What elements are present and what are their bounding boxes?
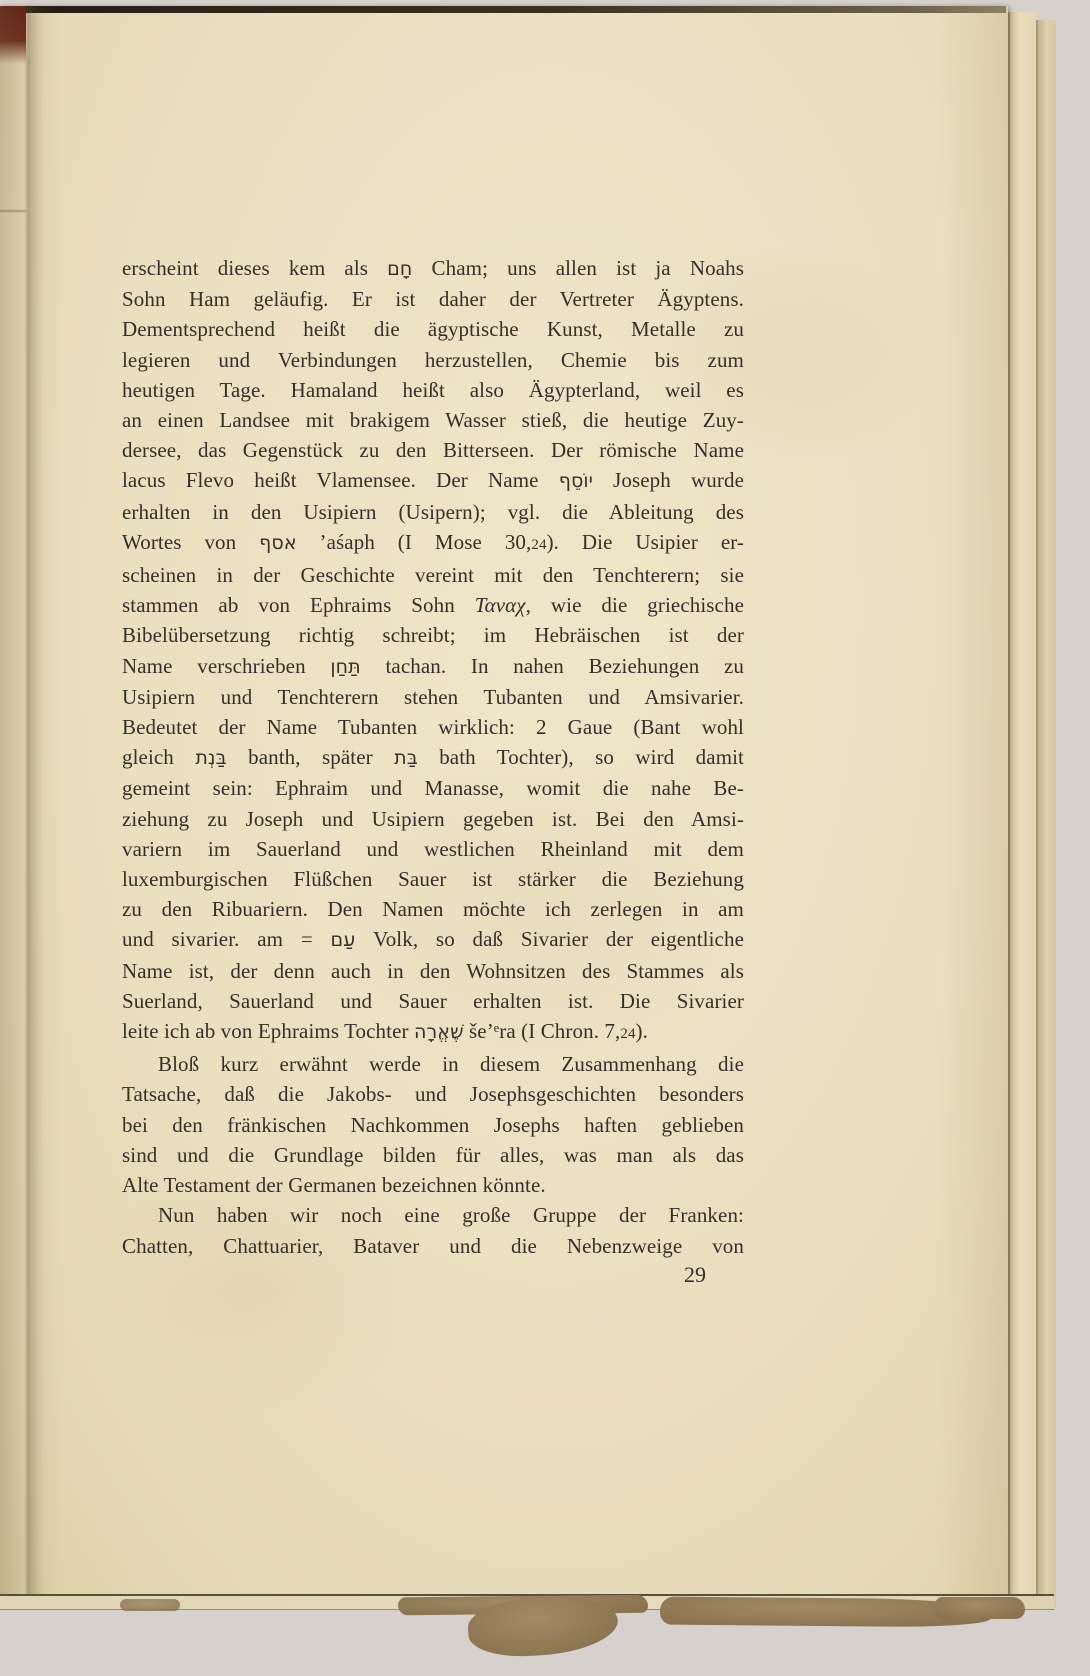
- hebrew-word: בַּת: [394, 747, 418, 769]
- text-line: dersee, das Gegenstück zu den Bitterseen…: [122, 435, 744, 465]
- text-segment: gemeint sein: Ephraim und Manasse, womit…: [122, 776, 744, 800]
- page-stack-edge: [1008, 12, 1038, 1608]
- text-line: Name ist, der denn auch in den Wohnsitze…: [122, 956, 744, 986]
- text-line: an einen Landsee mit brakigem Wasser sti…: [122, 405, 744, 435]
- text-line: Dementsprechend heißt die ägyptische Kun…: [122, 314, 744, 344]
- text-segment: tachan. In nahen Beziehungen zu: [361, 654, 744, 678]
- text-line: leite ich ab von Ephraims Tochter שֶׁאֱר…: [122, 1016, 744, 1049]
- text-segment: bath Tochter), so wird damit: [418, 745, 744, 769]
- text-line: zu den Ribuariern. Den Namen möchte ich …: [122, 894, 744, 924]
- text-line: Name verschrieben תַּחַן tachan. In nahe…: [122, 651, 744, 682]
- text-segment: gleich: [122, 745, 195, 769]
- text-segment: Suerland, Sauerland und Sauer erhalten i…: [122, 989, 744, 1013]
- text-segment: stammen ab von Ephraims Sohn: [122, 593, 475, 617]
- hebrew-word: אסף: [259, 532, 296, 554]
- binding-top-edge: [0, 6, 1006, 13]
- text-segment: und sivarier. am =: [122, 927, 331, 951]
- text-line: Bedeutet der Name Tubanten wirklich: 2 G…: [122, 712, 744, 742]
- book-page: erscheint dieses kem als חָם Cham; uns a…: [0, 6, 1008, 1594]
- hebrew-word: יוֹסֵף: [559, 470, 593, 492]
- text-segment: Bibelübersetzung richtig schreibt; im He…: [122, 623, 744, 647]
- text-segment: Name ist, der denn auch in den Wohnsitze…: [122, 959, 744, 983]
- page-stack-edge: [1036, 20, 1056, 1608]
- text-line: lacus Flevo heißt Vlamensee. Der Name יו…: [122, 465, 744, 496]
- text-segment: erhalten in den Usipiern (Usipern); vgl.…: [122, 500, 744, 524]
- text-segment: zu den Ribuariern. Den Namen möchte ich …: [122, 897, 744, 921]
- text-line: Usipiern und Tenchterern stehen Tubanten…: [122, 682, 744, 712]
- text-segment: bei den fränkischen Nachkommen Josephs h…: [122, 1113, 744, 1137]
- small-digits: 24: [620, 1026, 635, 1042]
- page-text: erscheint dieses kem als חָם Cham; uns a…: [122, 253, 744, 1261]
- text-segment: Alte Testament der Germanen bezeichnen k…: [122, 1173, 546, 1197]
- text-line: Tatsache, daß die Jakobs- und Josephsges…: [122, 1079, 744, 1109]
- text-segment: še’ᵉra (I Chron. 7,: [464, 1019, 621, 1043]
- text-line: Alte Testament der Germanen bezeichnen k…: [122, 1170, 744, 1200]
- text-segment: Tatsache, daß die Jakobs- und Josephsges…: [122, 1082, 744, 1106]
- greek-word: Ταναχ: [475, 593, 526, 617]
- text-segment: Chatten, Chattuarier, Bataver und die Ne…: [122, 1234, 744, 1258]
- text-segment: Joseph wurde: [593, 468, 744, 492]
- text-segment: Nun haben wir noch eine große Gruppe der…: [158, 1203, 744, 1227]
- text-segment: legieren und Verbindungen herzustellen, …: [122, 348, 744, 372]
- text-segment: Dementsprechend heißt die ägyptische Kun…: [122, 317, 744, 341]
- text-line: scheinen in der Geschichte vereint mit d…: [122, 560, 744, 590]
- text-line: gleich בַּנְת banth, später בַּת bath To…: [122, 742, 744, 773]
- text-line: Bloß kurz erwähnt werde in diesem Zusamm…: [122, 1049, 744, 1079]
- text-segment: an einen Landsee mit brakigem Wasser sti…: [122, 408, 744, 432]
- text-line: bei den fränkischen Nachkommen Josephs h…: [122, 1110, 744, 1140]
- text-segment: Bloß kurz erwähnt werde in diesem Zusamm…: [158, 1052, 744, 1076]
- hebrew-word: תַּחַן: [330, 656, 360, 678]
- text-segment: Usipiern und Tenchterern stehen Tubanten…: [122, 685, 744, 709]
- cardboard-scrap: [120, 1599, 180, 1611]
- scanned-book-page: erscheint dieses kem als חָם Cham; uns a…: [0, 0, 1090, 1676]
- text-line: legieren und Verbindungen herzustellen, …: [122, 345, 744, 375]
- hebrew-word: עַם: [331, 929, 356, 951]
- text-segment: scheinen in der Geschichte vereint mit d…: [122, 563, 744, 587]
- text-line: erscheint dieses kem als חָם Cham; uns a…: [122, 253, 744, 284]
- text-line: luxemburgischen Flüßchen Sauer ist stärk…: [122, 864, 744, 894]
- text-segment: ’aśaph (I Mose 30,: [297, 530, 532, 554]
- text-segment: , wie die griechische: [526, 593, 744, 617]
- text-segment: Volk, so daß Sivarier der eigentliche: [355, 927, 744, 951]
- text-line: gemeint sein: Ephraim und Manasse, womit…: [122, 773, 744, 803]
- text-segment: ).: [636, 1019, 648, 1043]
- page-edge-shadow: [938, 6, 1008, 1594]
- text-segment: luxemburgischen Flüßchen Sauer ist stärk…: [122, 867, 744, 891]
- text-segment: sind und die Grundlage bilden für alles,…: [122, 1143, 744, 1167]
- fold-crease: [27, 6, 29, 1594]
- text-segment: erscheint dieses kem als: [122, 256, 387, 280]
- text-line: heutigen Tage. Hamaland heißt also Ägypt…: [122, 375, 744, 405]
- text-segment: Bedeutet der Name Tubanten wirklich: 2 G…: [122, 715, 744, 739]
- text-line: Nun haben wir noch eine große Gruppe der…: [122, 1200, 744, 1230]
- cardboard-scrap: [935, 1597, 1025, 1619]
- text-line: Sohn Ham geläufig. Er ist daher der Vert…: [122, 284, 744, 314]
- text-segment: banth, später: [227, 745, 394, 769]
- text-segment: variern im Sauerland und westlichen Rhei…: [122, 837, 744, 861]
- small-digits: 24: [531, 537, 546, 553]
- text-segment: lacus Flevo heißt Vlamensee. Der Name: [122, 468, 559, 492]
- text-segment: heutigen Tage. Hamaland heißt also Ägypt…: [122, 378, 744, 402]
- hebrew-word: שֶׁאֱרָה: [414, 1021, 464, 1043]
- text-segment: Sohn Ham geläufig. Er ist daher der Vert…: [122, 287, 744, 311]
- text-segment: ). Die Usipier er-: [547, 530, 744, 554]
- text-line: stammen ab von Ephraims Sohn Ταναχ, wie …: [122, 590, 744, 620]
- text-segment: Wortes von: [122, 530, 259, 554]
- text-line: Suerland, Sauerland und Sauer erhalten i…: [122, 986, 744, 1016]
- text-segment: ziehung zu Joseph und Usipiern gegeben i…: [122, 807, 744, 831]
- page-number: 29: [560, 1262, 706, 1288]
- text-segment: dersee, das Gegenstück zu den Bitterseen…: [122, 438, 744, 462]
- hebrew-word: בַּנְת: [195, 747, 226, 769]
- text-line: ziehung zu Joseph und Usipiern gegeben i…: [122, 804, 744, 834]
- text-line: variern im Sauerland und westlichen Rhei…: [122, 834, 744, 864]
- text-line: Chatten, Chattuarier, Bataver und die Ne…: [122, 1231, 744, 1261]
- hebrew-word: חָם: [387, 258, 412, 280]
- text-line: erhalten in den Usipiern (Usipern); vgl.…: [122, 497, 744, 527]
- text-segment: leite ich ab von Ephraims Tochter: [122, 1019, 414, 1043]
- text-line: Wortes von אסף ’aśaph (I Mose 30,24). Di…: [122, 527, 744, 560]
- text-line: und sivarier. am = עַם Volk, so daß Siva…: [122, 924, 744, 955]
- text-segment: Cham; uns allen ist ja Noahs: [412, 256, 744, 280]
- gutter-shadow: [0, 6, 60, 1594]
- text-line: sind und die Grundlage bilden für alles,…: [122, 1140, 744, 1170]
- text-segment: Name verschrieben: [122, 654, 330, 678]
- fold-crease: [0, 210, 26, 212]
- text-line: Bibelübersetzung richtig schreibt; im He…: [122, 620, 744, 650]
